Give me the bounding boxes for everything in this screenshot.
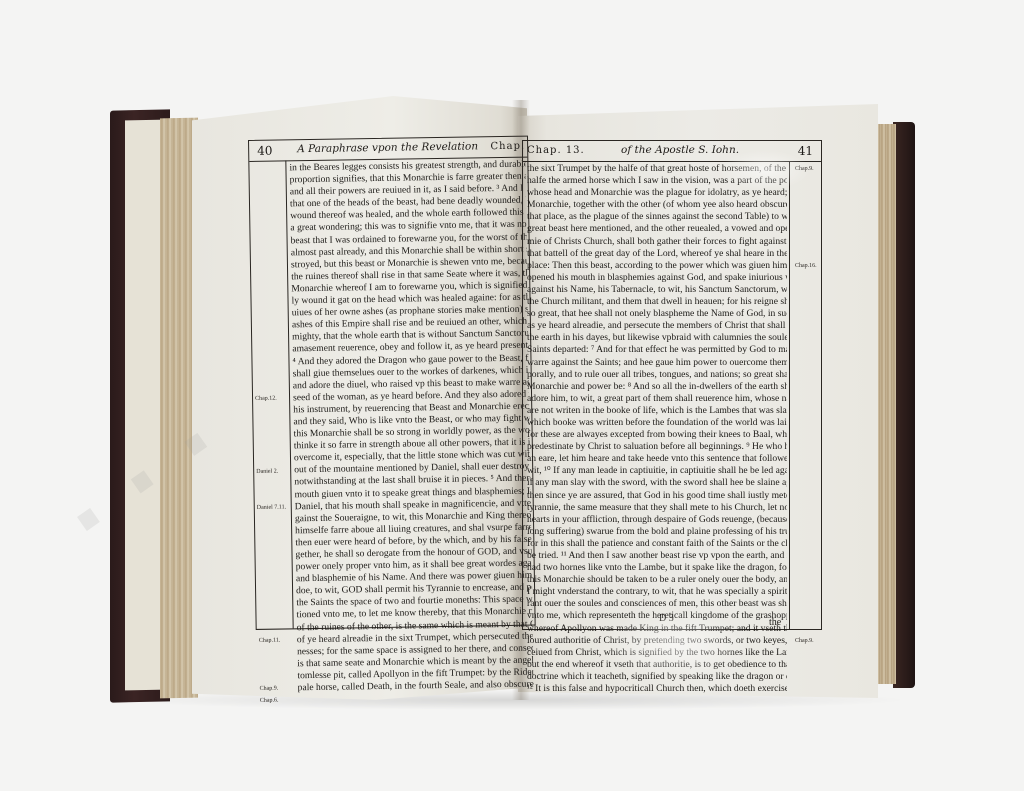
left-running-head: 40 A Paraphrase vpon the Revelation Chap…	[249, 137, 527, 162]
text-line: then since ye are assured, that God in h…	[527, 490, 787, 502]
margin-note: Chap.6.	[260, 698, 279, 704]
text-line: the earth in his dayes, but likewise vpb…	[527, 332, 787, 344]
text-line: long suffering) swarue from the bold and…	[527, 526, 787, 538]
text-line: for these are alwayes excepted from bowi…	[527, 429, 787, 441]
text-line: I might vnderstand the contrary, to wit,…	[527, 586, 787, 598]
text-line: this Monarchie should be taken to be a r…	[527, 574, 787, 586]
text-line: Monarchie, together with the other (of w…	[527, 199, 787, 211]
text-line: wit, ¹⁰ If any man leade in captiuitie, …	[527, 465, 787, 477]
right-page-text-frame: Chap. 13. of the Apostle S. Iohn. 41 the…	[522, 140, 822, 630]
text-line: tyrannie, the same measure that they sha…	[527, 502, 787, 514]
right-cover-board	[893, 122, 915, 688]
text-line: great beast here mentioned, and the othe…	[527, 223, 787, 235]
text-line: are not writen in the booke of life, whi…	[527, 405, 787, 417]
text-line: mie of Christs Church, shall both gather…	[527, 236, 787, 248]
text-line: be tried. ¹¹ And then I saw another beas…	[527, 550, 787, 562]
text-line: rant ouer the soules and consciences of …	[527, 598, 787, 610]
margin-note: Chap.9.	[260, 686, 279, 692]
text-line: that place, as the plague of the sinnes …	[527, 211, 787, 223]
margin-note: Chap.12.	[255, 395, 277, 401]
text-line: if any man slay with the sword, with the…	[527, 477, 787, 489]
right-running-chapter: Chap. 13.	[527, 145, 585, 156]
left-running-chapter: Chap.	[490, 141, 525, 153]
margin-note: Chap.16.	[795, 263, 817, 269]
text-line: that battell of the great day of the Lor…	[527, 248, 787, 260]
margin-note: Chap.9.	[795, 638, 814, 644]
text-line: an eare, let him heare and take heede vn…	[527, 453, 787, 465]
text-line: whose head and Monarchie was the plague …	[527, 187, 787, 199]
text-line: warre against the Saints; and hee gaue h…	[527, 357, 787, 369]
margin-note: Chap.11.	[259, 637, 281, 643]
book-photo: 40 A Paraphrase vpon the Revelation Chap…	[0, 0, 1024, 791]
margin-note: Daniel 2.	[256, 468, 278, 474]
text-line: which booke was written before the found…	[527, 417, 787, 429]
text-line: Monarchie and power be: ⁸ And so all the…	[527, 381, 787, 393]
text-line: adore him, to wit, a great part of them …	[527, 393, 787, 405]
water-stain	[720, 150, 810, 190]
margin-note: Daniel 7.11.	[257, 504, 286, 510]
text-line: ¹² It is this false and hypocriticall Ch…	[527, 683, 787, 695]
text-line: predestinate by Christ to saluation befo…	[527, 441, 787, 453]
left-pastedown	[125, 120, 165, 691]
text-line: place: Then this beast, according to the…	[527, 260, 787, 272]
text-line: had two hornes like vnto the Lambe, but …	[527, 562, 787, 574]
text-line: hearts in your affliction, through despa…	[527, 514, 787, 526]
text-line: Saints departed: ⁷ And for that effect h…	[527, 344, 787, 356]
text-line: against his Name, his Tabernacle, to wit…	[527, 284, 787, 296]
text-line: so great, that hee shall not onely blasp…	[527, 308, 787, 320]
right-margin-rule	[789, 161, 790, 629]
text-line: as ye heard alreadie, and persecute the …	[527, 320, 787, 332]
text-line: the Church militant, and them that dwell…	[527, 296, 787, 308]
left-body-text: in the Beares legges consists his greate…	[289, 159, 533, 695]
left-page-number: 40	[257, 144, 272, 158]
catchword: the	[769, 617, 781, 628]
water-stain	[600, 610, 750, 680]
text-line: porally, and to rule ouer all tribes, to…	[527, 369, 787, 381]
left-page-text-frame: 40 A Paraphrase vpon the Revelation Chap…	[248, 136, 536, 630]
text-line: for in this shall the patience and const…	[527, 538, 787, 550]
left-running-title: A Paraphrase vpon the Revelation	[297, 140, 478, 155]
right-page-number: 41	[798, 144, 813, 158]
right-running-title: of the Apostle S. Iohn.	[621, 144, 739, 156]
text-line: opened his mouth in blasphemies against …	[527, 272, 787, 284]
